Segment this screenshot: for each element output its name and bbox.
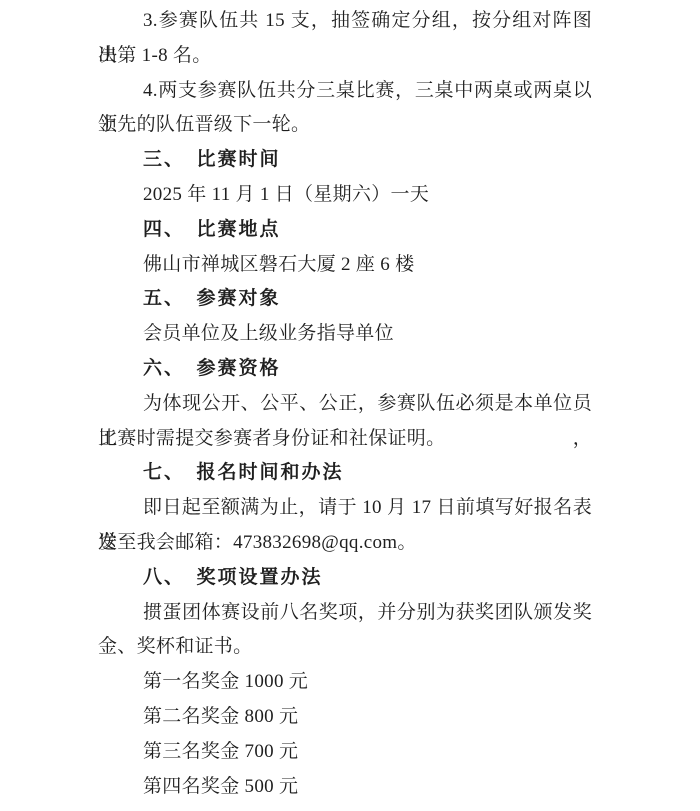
registration-line-2-email: 送至我会邮箱：473832698@qq.com。: [98, 526, 592, 561]
heading-registration: 七、 报名时间和办法: [98, 456, 592, 491]
eligibility-line-1: 为体现公开、公平、公正，参赛队伍必须是本单位员工，: [98, 387, 592, 422]
rule-item-4-line-1: 4.两支参赛队伍共分三桌比赛，三桌中两桌或两桌以上: [98, 74, 592, 109]
heading-participants: 五、 参赛对象: [98, 282, 592, 317]
match-venue-value: 佛山市禅城区磐石大厦 2 座 6 楼: [98, 248, 592, 283]
awards-intro-line-1: 掼蛋团体赛设前八名奖项，并分别为获奖团队颁发奖: [98, 596, 592, 631]
prize-second-place: 第二名奖金 800 元: [98, 700, 592, 735]
heading-match-venue: 四、 比赛地点: [98, 213, 592, 248]
rule-item-3-line-2: 出第 1-8 名。: [98, 39, 592, 74]
heading-match-time: 三、 比赛时间: [98, 143, 592, 178]
participants-value: 会员单位及上级业务指导单位: [98, 317, 592, 352]
heading-awards: 八、 奖项设置办法: [98, 561, 592, 596]
heading-eligibility: 六、 参赛资格: [98, 352, 592, 387]
prize-fourth-place: 第四名奖金 500 元: [98, 770, 592, 805]
awards-intro-line-2: 金、奖杯和证书。: [98, 630, 592, 665]
document-page: 3.参赛队伍共 15 支，抽签确定分组，按分组对阵图决 出第 1-8 名。 4.…: [0, 0, 700, 811]
rule-item-3-line-1: 3.参赛队伍共 15 支，抽签确定分组，按分组对阵图决: [98, 4, 592, 39]
prize-third-place: 第三名奖金 700 元: [98, 735, 592, 770]
document-text-block: 3.参赛队伍共 15 支，抽签确定分组，按分组对阵图决 出第 1-8 名。 4.…: [98, 4, 592, 804]
rule-item-4-line-2: 领先的队伍晋级下一轮。: [98, 108, 592, 143]
registration-line-1: 即日起至额满为止，请于 10 月 17 日前填写好报名表发: [98, 491, 592, 526]
prize-first-place: 第一名奖金 1000 元: [98, 665, 592, 700]
match-time-value: 2025 年 11 月 1 日（星期六）一天: [98, 178, 592, 213]
